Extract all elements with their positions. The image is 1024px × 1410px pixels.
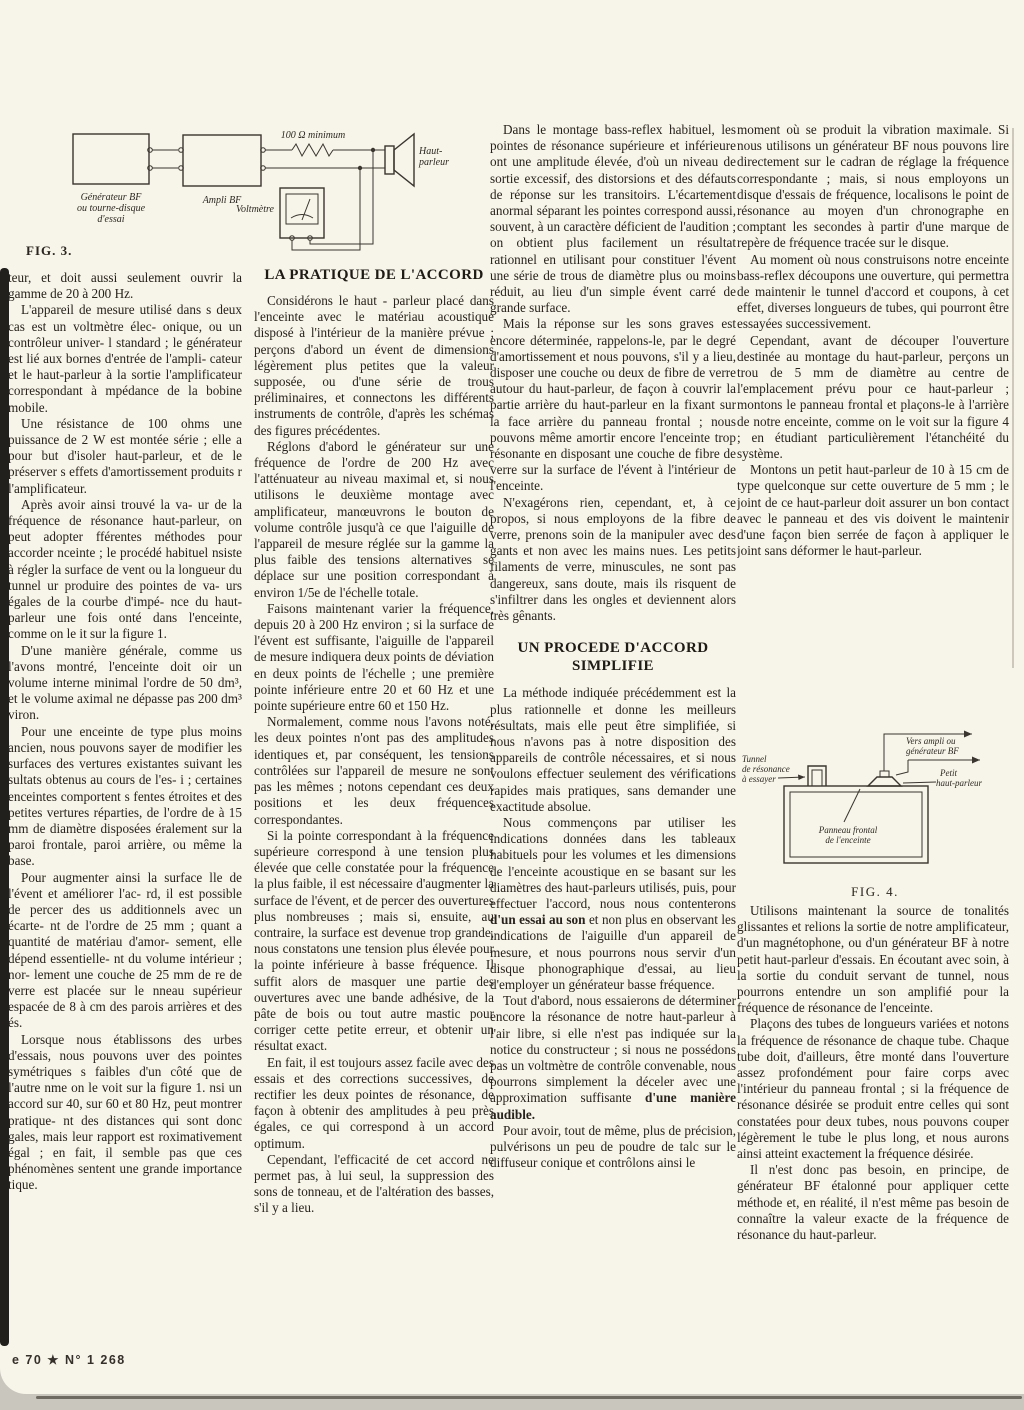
paragraph: Mais la réponse sur les sons graves est …: [490, 316, 736, 494]
speaker-symbol: [385, 146, 394, 174]
generator-label-2: ou tourne-disque: [77, 203, 146, 214]
resistor-symbol: [292, 144, 333, 156]
column-1: teur, et doit aussi seulement ouvrir la …: [8, 270, 242, 1348]
paragraph: Montons un petit haut-parleur de 10 à 15…: [737, 462, 1009, 559]
scan-edge-bottom: [36, 1396, 1022, 1399]
paragraph: Une résistance de 100 ohms une puissance…: [8, 416, 242, 497]
paragraph: Faisons maintenant varier la fréquence, …: [254, 601, 494, 714]
paragraph: Dans le montage bass-reflex habituel, le…: [490, 122, 736, 316]
section-heading-procede-simplifie: UN PROCEDE D'ACCORD SIMPLIFIE: [490, 639, 736, 675]
paragraph: teur, et doit aussi seulement ouvrir la …: [8, 270, 242, 302]
test-speaker: [868, 777, 901, 786]
paragraph: Lorsque nous établissons des urbes d'ess…: [8, 1032, 242, 1194]
figure-3-caption: FIG. 3.: [26, 243, 72, 259]
ampli-box: [183, 135, 261, 186]
paragraph: N'exagérons rien, cependant, et, à ce pr…: [490, 495, 736, 625]
column-4-lower: Utilisons maintenant la source de tonali…: [737, 903, 1009, 1368]
section-heading-pratique-accord: LA PRATIQUE DE L'ACCORD: [254, 266, 494, 284]
paragraph: Au moment où nous construisons notre enc…: [737, 252, 1009, 333]
paragraph: Cependant, l'efficacité de cet accord ne…: [254, 1152, 494, 1217]
petit-hp-label-2: haut-parleur: [936, 778, 982, 788]
figure-4-svg: Tunnel de résonance à essayer Vers ampli…: [740, 728, 1010, 880]
vers-ampli-label-2: générateur BF: [906, 746, 959, 756]
column-3: Dans le montage bass-reflex habituel, le…: [490, 122, 736, 1372]
paragraph: Plaçons des tubes de longueurs variées e…: [737, 1016, 1009, 1162]
paragraph: Après avoir ainsi trouvé la va- ur de la…: [8, 497, 242, 643]
voltmeter-box: [280, 188, 324, 238]
paragraph: En fait, il est toujours assez facile av…: [254, 1055, 494, 1152]
column-2: LA PRATIQUE DE L'ACCORD Considérons le h…: [254, 264, 494, 1369]
paragraph: Normalement, comme nous l'avons noté, le…: [254, 714, 494, 827]
magazine-page: Générateur BF ou tourne-disque d'essai A…: [0, 0, 1024, 1394]
tunnel-label-3: à essayer: [742, 774, 776, 784]
column-4-upper: moment où se produit la vibration maxima…: [737, 122, 1009, 726]
generator-label-3: d'essai: [97, 214, 124, 225]
paragraph: Pour avoir, tout de même, plus de précis…: [490, 1123, 736, 1172]
paragraph: La méthode indiquée précédemment est la …: [490, 685, 736, 815]
scan-edge-right: [1012, 128, 1014, 668]
paragraph: Utilisons maintenant la source de tonali…: [737, 903, 1009, 1016]
paragraph: D'une manière générale, comme us l'avons…: [8, 643, 242, 724]
tunnel-label-2: de résonance: [742, 764, 790, 774]
figure-4-diagram: Tunnel de résonance à essayer Vers ampli…: [740, 728, 1010, 880]
paragraph: L'appareil de mesure utilisé dans s deux…: [8, 302, 242, 415]
paragraph: Pour une enceinte de type plus moins anc…: [8, 724, 242, 870]
scan-edge-left: [0, 268, 9, 1346]
petit-hp-label: Petit: [939, 768, 957, 778]
figure-4-caption: FIG. 4.: [740, 884, 1010, 900]
paragraph: Considérons le haut - parleur placé dans…: [254, 293, 494, 439]
resistor-label: 100 Ω minimum: [281, 130, 345, 141]
tunnel-tube: [808, 766, 826, 786]
figure-3-diagram: Générateur BF ou tourne-disque d'essai A…: [55, 108, 485, 260]
emphasis-essai-au-son: d'un essai au son: [490, 912, 585, 927]
paragraph: Si la pointe correspondant à la fréquenc…: [254, 828, 494, 1055]
panneau-label-2: de l'enceinte: [825, 835, 870, 845]
panneau-label: Panneau frontal: [818, 825, 878, 835]
voltmeter-label: Voltmètre: [236, 204, 275, 215]
paragraph: Tout d'abord, nous essaierons de détermi…: [490, 993, 736, 1123]
paragraph: Pour augmenter ainsi la surface lle de l…: [8, 870, 242, 1032]
speaker-label: Haut-: [418, 146, 442, 157]
figure-3-svg: Générateur BF ou tourne-disque d'essai A…: [55, 108, 485, 260]
generator-box: [73, 134, 149, 184]
page-number: e 70 ★ N° 1 268: [12, 1352, 126, 1367]
speaker-label-2: parleur: [418, 157, 449, 168]
paragraph: moment où se produit la vibration maxima…: [737, 122, 1009, 252]
generator-label: Générateur BF: [81, 192, 143, 203]
vers-ampli-label: Vers ampli ou: [906, 736, 956, 746]
paragraph: Il n'est donc pas besoin, en principe, d…: [737, 1162, 1009, 1243]
paragraph-text: Nous commençons par utiliser les indicat…: [490, 815, 736, 911]
paragraph: Cependant, avant de découper l'ouverture…: [737, 333, 1009, 463]
paragraph: Nous commençons par utiliser les indicat…: [490, 815, 736, 993]
paragraph-text: Tout d'abord, nous essaierons de détermi…: [490, 993, 736, 1105]
tunnel-label: Tunnel: [742, 754, 767, 764]
paragraph: Réglons d'abord le générateur sur une fr…: [254, 439, 494, 601]
